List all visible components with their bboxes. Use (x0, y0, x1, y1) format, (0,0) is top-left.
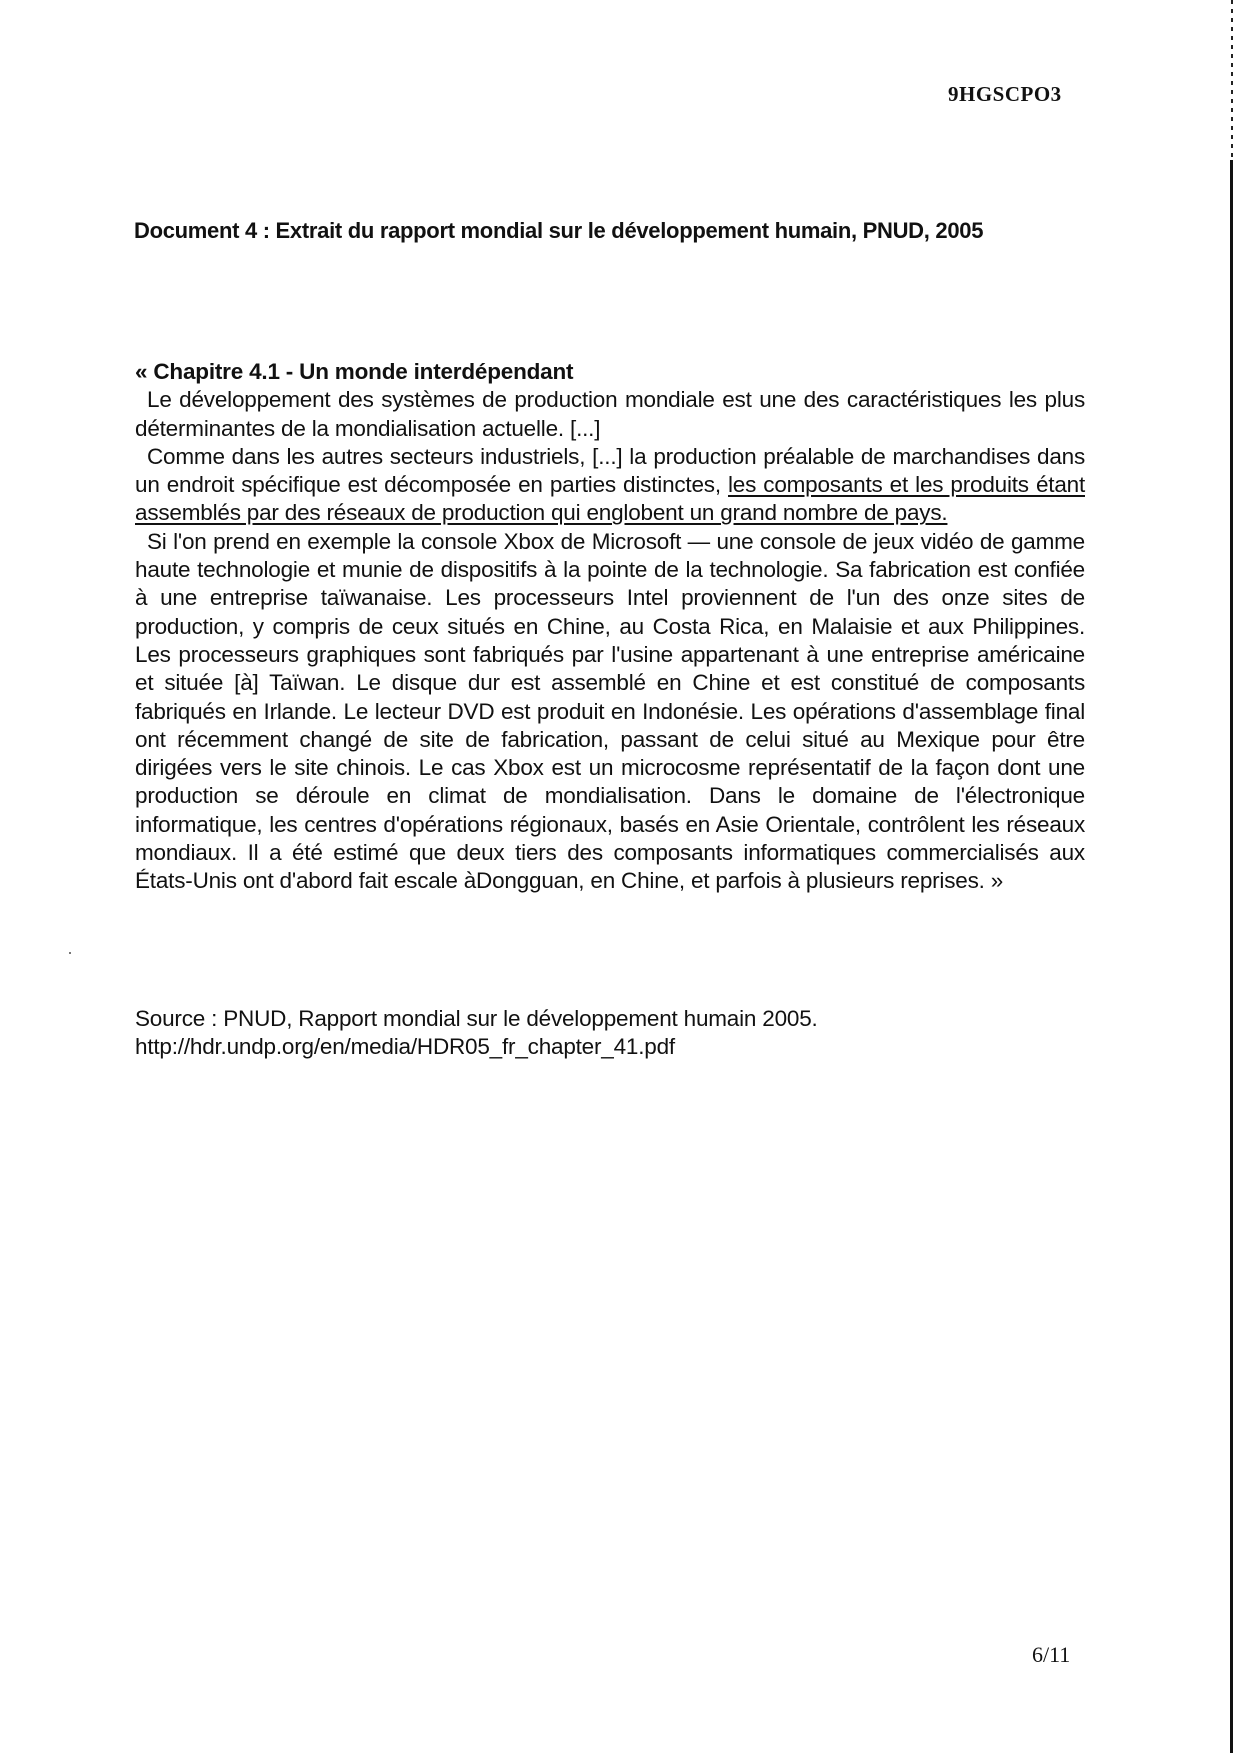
document-code: 9HGSCPO3 (948, 82, 1062, 107)
scan-edge-line (1230, 0, 1233, 1753)
scan-artifact (69, 952, 71, 954)
source-url: http://hdr.undp.org/en/media/HDR05_fr_ch… (135, 1033, 818, 1061)
document-title: Document 4 : Extrait du rapport mondial … (134, 218, 983, 244)
paragraph-2: Comme dans les autres secteurs industrie… (135, 443, 1085, 528)
chapter-heading: « Chapitre 4.1 - Un monde interdépendant (135, 358, 1085, 386)
page-number: 6/11 (1032, 1642, 1070, 1668)
scan-edge-dotted-line (1231, 0, 1233, 160)
source-citation: Source : PNUD, Rapport mondial sur le dé… (135, 1005, 818, 1062)
article-excerpt: « Chapitre 4.1 - Un monde interdépendant… (135, 358, 1085, 896)
paragraph-3: Si l'on prend en exemple la console Xbox… (135, 528, 1085, 896)
paragraph-1: Le développement des systèmes de product… (135, 386, 1085, 443)
source-line: Source : PNUD, Rapport mondial sur le dé… (135, 1005, 818, 1033)
